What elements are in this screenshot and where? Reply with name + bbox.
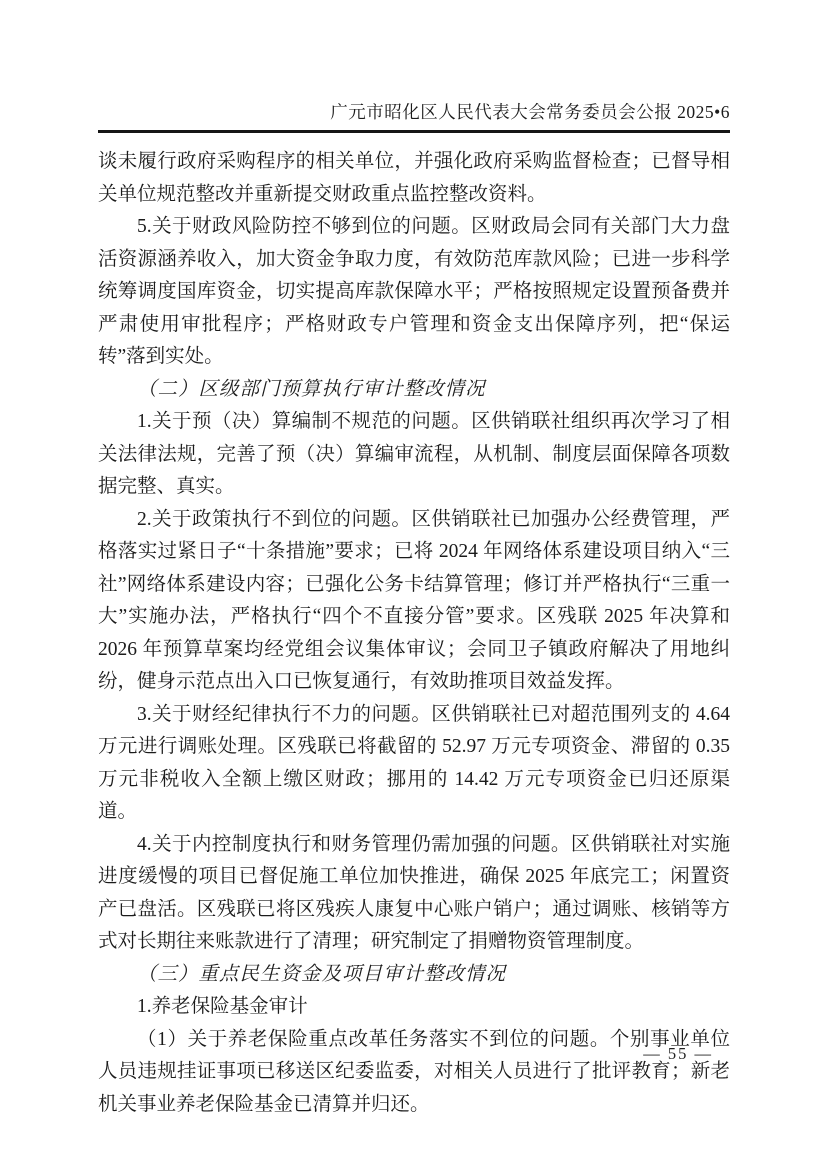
page-number: — 55 — [643, 1044, 713, 1064]
document-body: 谈未履行政府采购程序的相关单位，并强化政府采购监督检查；已督导相关单位规范整改并… [98, 146, 730, 1121]
paragraph-item-3-fiscal-discipline: 3.关于财经纪律执行不力的问题。区供销联社已对超范围列支的 4.64 万元进行调… [98, 699, 730, 829]
paragraph-item-5-finance-risk: 5.关于财政风险防控不够到位的问题。区财政局会同有关部门大力盘活资源涵养收入，加… [98, 211, 730, 374]
running-header: 广元市昭化区人民代表大会常务委员会公报 2025•6 [98, 100, 730, 133]
paragraph-item-2-policy-execution: 2.关于政策执行不到位的问题。区供销联社已加强办公经费管理，严格落实过紧日子“十… [98, 504, 730, 699]
paragraph-item-4-internal-control: 4.关于内控制度执行和财务管理仍需加强的问题。区供销联社对实施进度缓慢的项目已督… [98, 829, 730, 959]
running-header-title: 广元市昭化区人民代表大会常务委员会公报 2025•6 [330, 102, 730, 122]
paragraph-pension-audit-item-1: （1）关于养老保险重点改革任务落实不到位的问题。个别事业单位人员违规挂证事项已移… [98, 1024, 730, 1122]
document-page: 广元市昭化区人民代表大会常务委员会公报 2025•6 谈未履行政府采购程序的相关… [0, 0, 827, 1170]
section-heading-3: （三）重点民生资金及项目审计整改情况 [98, 959, 730, 992]
paragraph-continuation: 谈未履行政府采购程序的相关单位，并强化政府采购监督检查；已督导相关单位规范整改并… [98, 146, 730, 211]
section-heading-2: （二）区级部门预算执行审计整改情况 [98, 374, 730, 407]
paragraph-item-1-budget-compilation: 1.关于预（决）算编制不规范的问题。区供销联社组织再次学习了相关法律法规，完善了… [98, 406, 730, 504]
paragraph-pension-audit-title: 1.养老保险基金审计 [98, 991, 730, 1024]
